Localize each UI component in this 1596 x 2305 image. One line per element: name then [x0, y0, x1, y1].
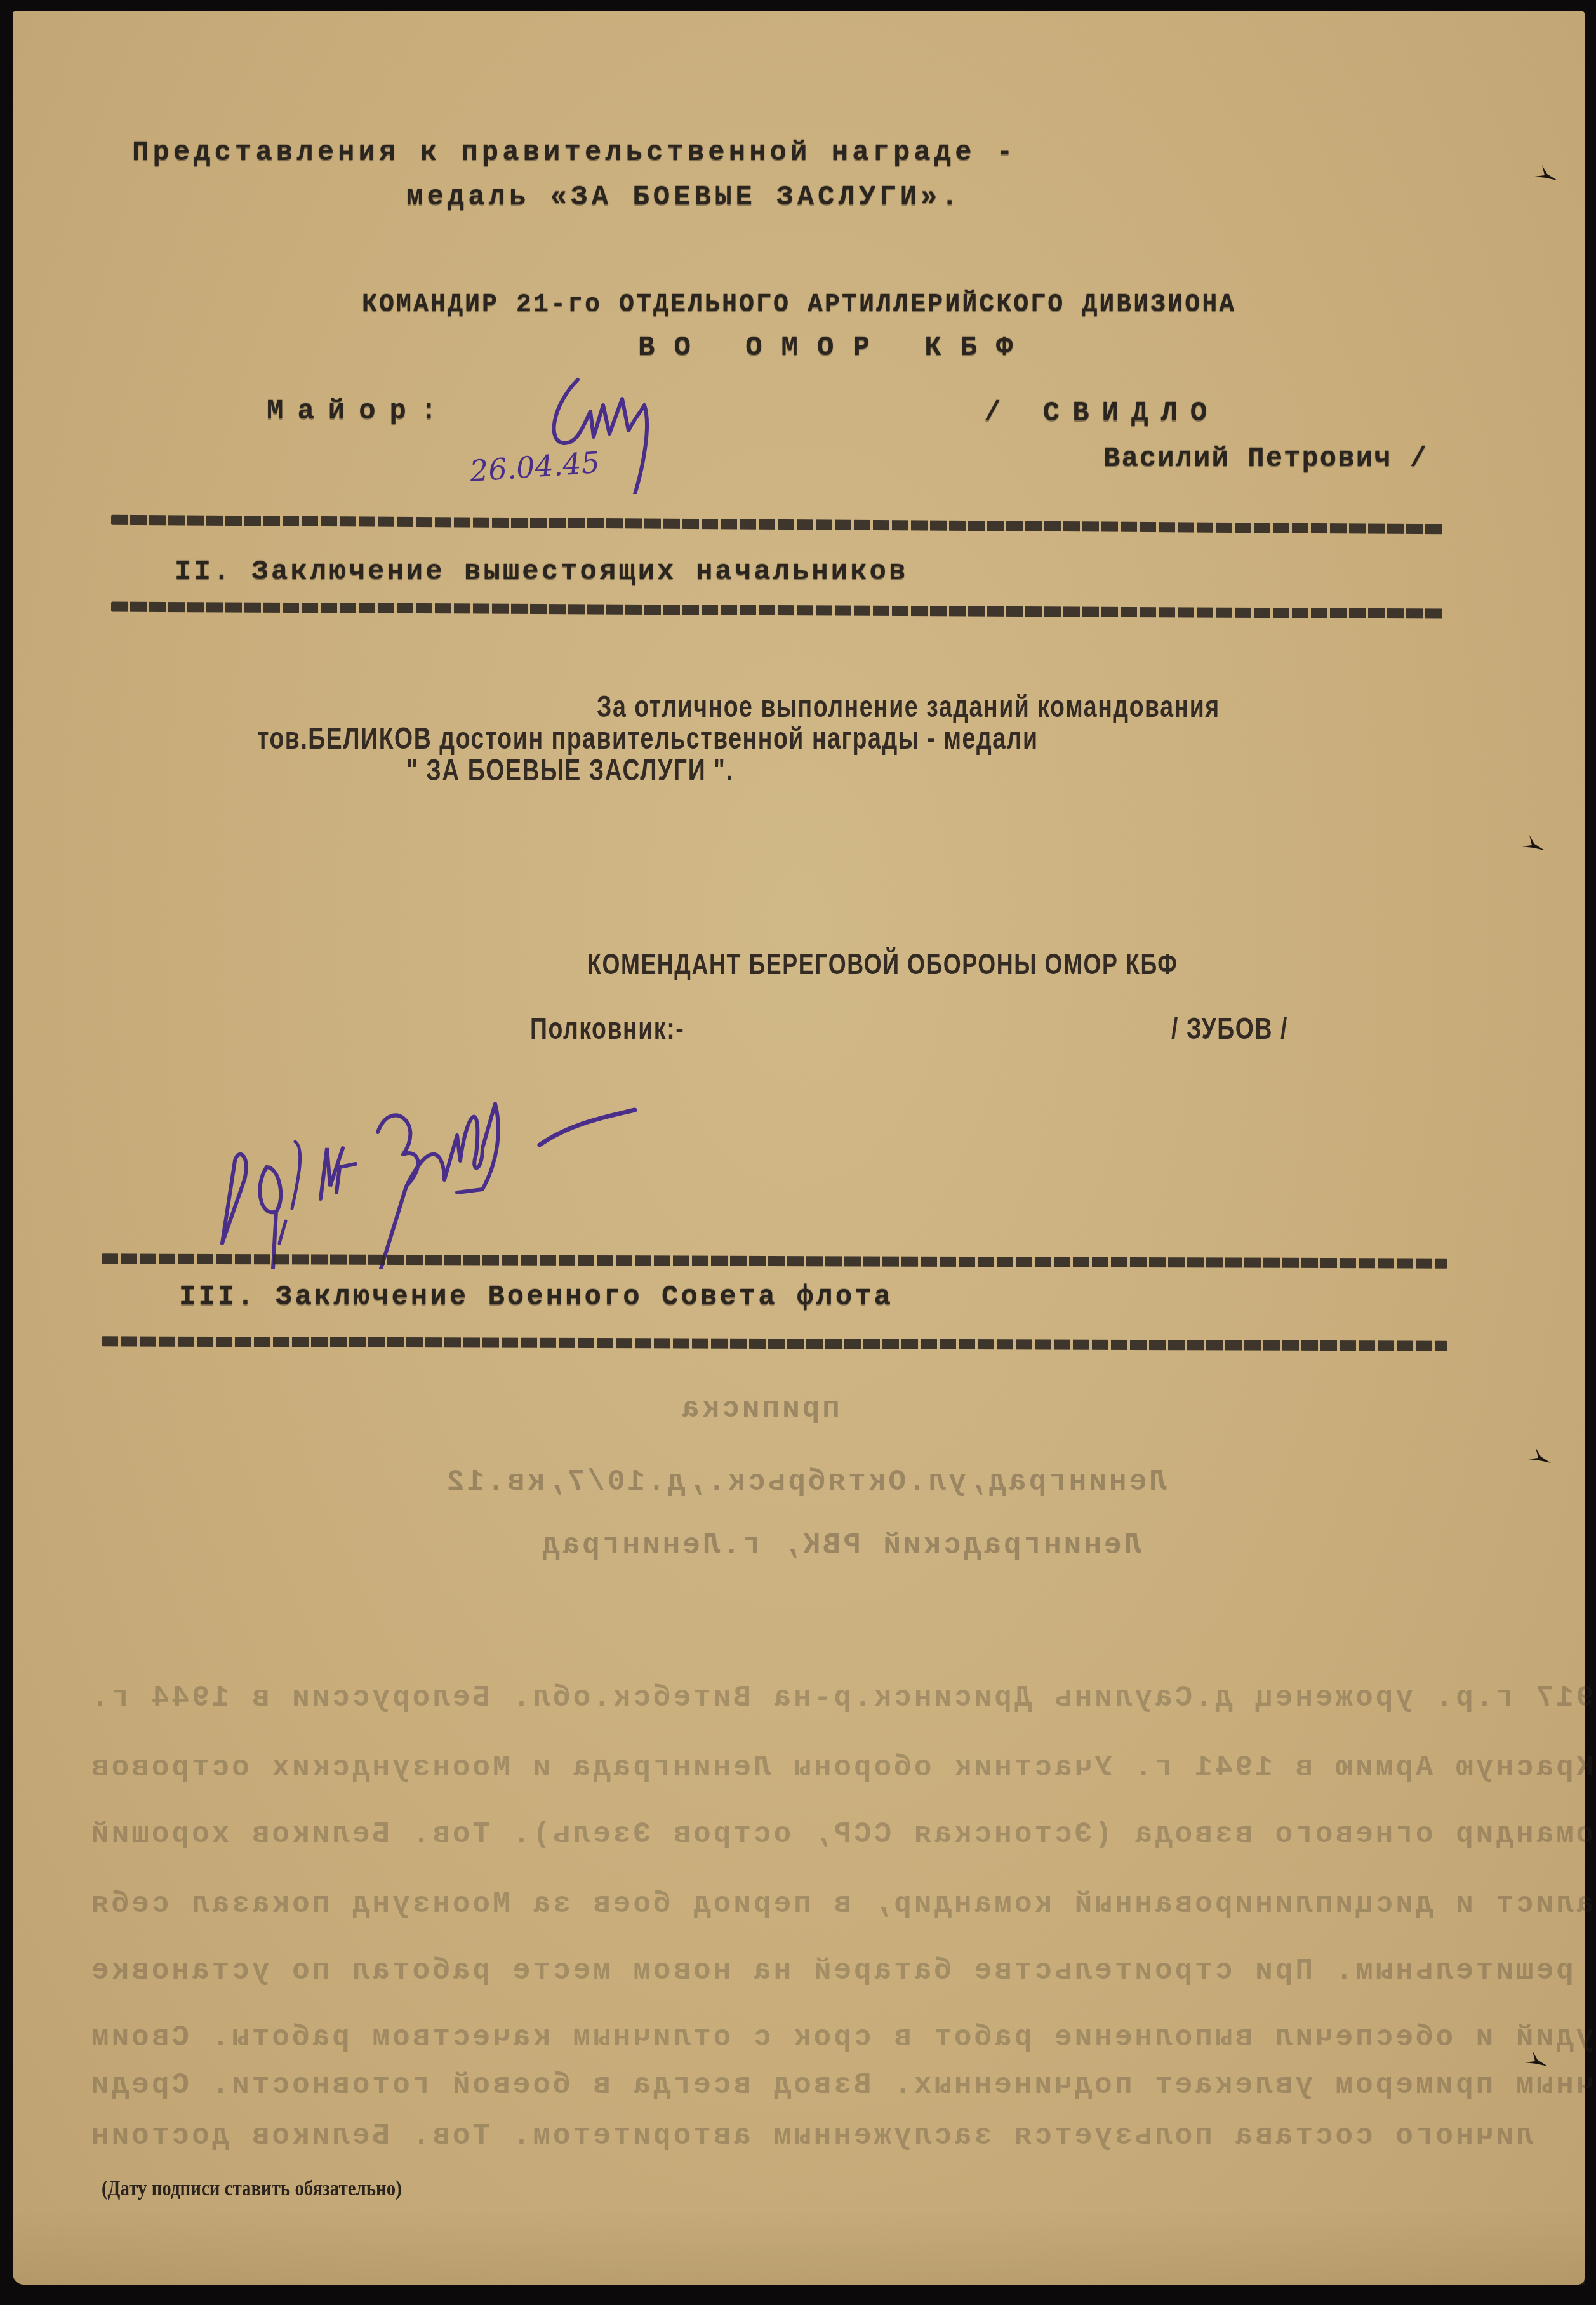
show-through-paragraph-line: смелым и решительным. При строительстве … — [89, 1954, 1596, 1988]
punch-hole-icon — [1527, 1446, 1552, 1466]
section2-signer-title: КОМЕНДАНТ БЕРЕГОВОЙ ОБОРОНЫ ОМОР КБФ — [587, 947, 1178, 981]
commander-unit: ВО ОМОР КБФ — [638, 332, 1032, 364]
signature-zubov-icon — [216, 1085, 1168, 1269]
show-through-paragraph-line: специалист и дисциплинированный командир… — [89, 1888, 1596, 1921]
section2-body-line-3: " ЗА БОЕВЫЕ ЗАСЛУГИ ". — [406, 753, 733, 788]
commander-name-patronymic: Василий Петрович / — [1103, 443, 1428, 475]
punch-hole-icon — [1533, 164, 1559, 183]
show-through-text: Ленинградский РВК, г.Ленинград — [540, 1529, 1141, 1562]
section2-body-line-2: тов.БЕЛИКОВ достоин правительственной на… — [257, 721, 1039, 756]
header-line-2: медаль «ЗА БОЕВЫЕ ЗАСЛУГИ». — [406, 182, 962, 213]
punch-hole-icon — [1524, 2050, 1549, 2069]
divider-top-section2 — [111, 515, 1444, 535]
section2-signature — [216, 1085, 1168, 1269]
commander-title: КОМАНДИР 21-го ОТДЕЛЬНОГО АРТИЛЛЕРИЙСКОГ… — [362, 291, 1236, 319]
show-through-paragraph-line: с 1944 года командир огневого взвода (Эс… — [89, 1818, 1596, 1851]
show-through-text: приписка — [679, 1393, 840, 1426]
show-through-paragraph-line: призван в Красную Армию в 1941 г. Участн… — [89, 1751, 1596, 1784]
section2-signer-name: / ЗУБОВ / — [1171, 1012, 1288, 1046]
punch-hole-icon — [1520, 834, 1546, 853]
document-page: Представления к правительственной наград… — [13, 11, 1585, 2285]
show-through-paragraph-line: личным примером увлекает подчиненных. Вз… — [89, 2069, 1596, 2102]
show-through-text: Ленинград,ул.Октябрьск.,д.10/7,кв.12 — [444, 1466, 1167, 1499]
section2-signer-rank: Полковник:- — [530, 1012, 684, 1046]
commander-name: / СВИДЛО — [984, 398, 1220, 429]
show-through-paragraph-line: орудий и обеспечил выполнение работ в ср… — [89, 2021, 1596, 2054]
divider-bottom-section2 — [111, 602, 1444, 619]
commander-rank: Майор: — [267, 396, 451, 427]
section3-heading: III. Заключение Военного Совета флота — [179, 1281, 893, 1313]
section2-heading: II. Заключение вышестоящих начальников — [175, 556, 908, 588]
show-through-paragraph-line: К.А.Белик 1917 г.р. уроженец д.Саулинь Д… — [89, 1681, 1596, 1714]
header-line-1: Представления к правительственной наград… — [132, 137, 1016, 169]
footnote-date-required: (Дату подписи ставить обязательно) — [102, 2177, 402, 2201]
show-through-paragraph-line: личного состава пользуется заслуженным а… — [89, 2120, 1534, 2153]
divider-bottom-section3 — [102, 1336, 1447, 1351]
section2-body-line-1: За отличное выполнение заданий командова… — [597, 690, 1220, 725]
